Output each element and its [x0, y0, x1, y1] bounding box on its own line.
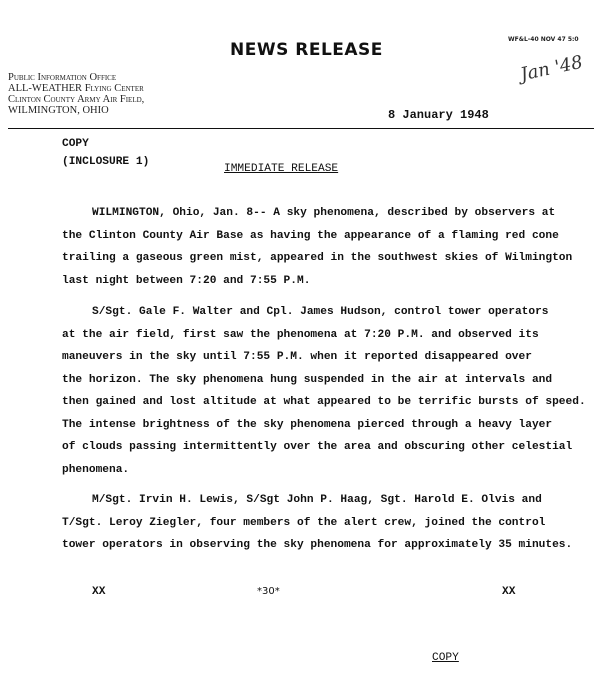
header-divider	[8, 128, 594, 129]
office-line: ALL-WEATHER Flying Center	[8, 83, 144, 94]
text-line: maneuvers in the sky until 7:55 P.M. whe…	[62, 346, 582, 369]
text-line: M/Sgt. Irvin H. Lewis, S/Sgt John P. Haa…	[62, 489, 582, 512]
office-letterhead: Public Information Office ALL-WEATHER Fl…	[8, 72, 144, 116]
text-line: The intense brightness of the sky phenom…	[62, 414, 582, 437]
paragraph: M/Sgt. Irvin H. Lewis, S/Sgt John P. Haa…	[62, 489, 582, 557]
text-line: trailing a gaseous green mist, appeared …	[62, 247, 582, 270]
text-line: last night between 7:20 and 7:55 P.M.	[62, 270, 582, 293]
text-line: phenomena.	[62, 459, 582, 482]
news-release-title: NEWS RELEASE	[230, 40, 383, 60]
text-line: WILMINGTON, Ohio, Jan. 8-- A sky phenome…	[62, 202, 582, 225]
office-line: Public Information Office	[8, 72, 144, 83]
text-line: tower operators in observing the sky phe…	[62, 534, 582, 557]
inclosure-label: (INCLOSURE 1)	[62, 156, 149, 168]
release-body: WILMINGTON, Ohio, Jan. 8-- A sky phenome…	[62, 202, 582, 557]
text-line: the Clinton County Air Base as having th…	[62, 225, 582, 248]
text-line: S/Sgt. Gale F. Walter and Cpl. James Hud…	[62, 301, 582, 324]
office-line: WILMINGTON, OHIO	[8, 105, 144, 116]
paragraph: S/Sgt. Gale F. Walter and Cpl. James Hud…	[62, 301, 582, 481]
text-line: at the air field, first saw the phenomen…	[62, 324, 582, 347]
end-mark-left: XX	[92, 586, 105, 598]
end-mark-thirty: *30*	[257, 586, 280, 597]
copy-label-bottom: COPY	[432, 652, 459, 664]
office-line: Clinton County Army Air Field,	[8, 94, 144, 105]
text-line: T/Sgt. Leroy Ziegler, four members of th…	[62, 512, 582, 535]
handwritten-note: Jan '48	[519, 52, 585, 86]
end-mark-right: XX	[502, 586, 515, 598]
copy-label-top: COPY	[62, 138, 89, 150]
text-line: the horizon. The sky phenomena hung susp…	[62, 369, 582, 392]
release-date: 8 January 1948	[388, 108, 489, 122]
text-line: then gained and lost altitude at what ap…	[62, 391, 582, 414]
immediate-release-label: IMMEDIATE RELEASE	[224, 163, 338, 175]
received-stamp: WF&L-40 NOV 47 5:0	[508, 36, 579, 43]
text-line: of clouds passing intermittently over th…	[62, 436, 582, 459]
paragraph: WILMINGTON, Ohio, Jan. 8-- A sky phenome…	[62, 202, 582, 292]
